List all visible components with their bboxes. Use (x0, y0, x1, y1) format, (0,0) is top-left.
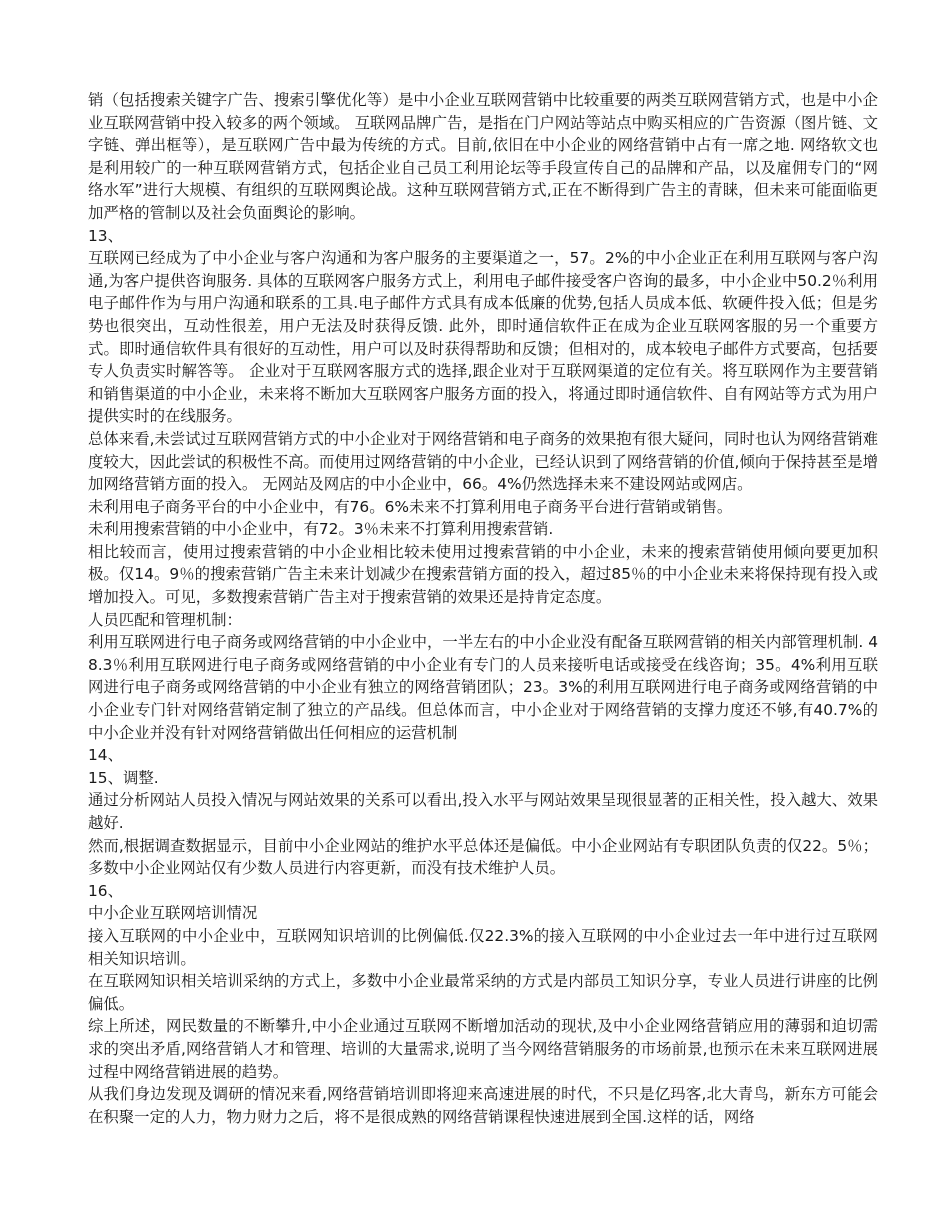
paragraph-overall-view: 总体来看,未尝试过互联网营销方式的中小企业对于网络营销和电子商务的效果抱有很大疑… (88, 428, 878, 496)
paragraph-training-ratio: 接入互联网的中小企业中，互联网知识培训的比例偏低.仅22.3%的接入互联网的中小… (88, 925, 878, 970)
paragraph-search-marketing-nonuse: 未利用搜索营销的中小企业中，有72。3％未来不打算利用搜索营销. (88, 518, 878, 541)
section-number-16: 16、 (88, 880, 878, 903)
heading-training: 中小企业互联网培训情况 (88, 902, 878, 925)
paragraph-summary: 综上所述，网民数量的不断攀升,中小企业通过互联网不断增加活动的现状,及中小企业网… (88, 1015, 878, 1083)
paragraph-website-investment: 通过分析网站人员投入情况与网站效果的关系可以看出,投入水平与网站效果呈现很显著的… (88, 789, 878, 834)
paragraph-customer-service: 互联网已经成为了中小企业与客户沟通和为客户服务的主要渠道之一，57。2%的中小企… (88, 247, 878, 428)
paragraph-staffing-management: 利用互联网进行电子商务或网络营销的中小企业中，一半左右的中小企业没有配备互联网营… (88, 631, 878, 744)
section-number-15: 15、调整. (88, 767, 878, 790)
document-body: 销（包括搜索关键字广告、搜索引擎优化等）是中小企业互联网营销中比较重要的两类互联… (88, 89, 878, 1128)
paragraph-ecommerce-platform: 未利用电子商务平台的中小企业中，有76。6%未来不打算利用电子商务平台进行营销或… (88, 496, 878, 519)
paragraph-website-maintenance: 然而,根据调查数据显示，目前中小企业网站的维护水平总体还是偏低。中小企业网站有专… (88, 835, 878, 880)
heading-staffing-management: 人员匹配和管理机制： (88, 609, 878, 632)
section-number-13: 13、 (88, 225, 878, 248)
paragraph-search-marketing-comparison: 相比较而言，使用过搜索营销的中小企业相比较未使用过搜索营销的中小企业，未来的搜索… (88, 541, 878, 609)
paragraph-outlook: 从我们身边发现及调研的情况来看,网络营销培训即将迎来高速进展的时代，不只是亿玛客… (88, 1083, 878, 1128)
paragraph-training-methods: 在互联网知识相关培训采纳的方式上，多数中小企业最常采纳的方式是内部员工知识分享，… (88, 970, 878, 1015)
section-number-14: 14、 (88, 744, 878, 767)
paragraph-search-and-brand-ads: 销（包括搜索关键字广告、搜索引擎优化等）是中小企业互联网营销中比较重要的两类互联… (88, 89, 878, 225)
